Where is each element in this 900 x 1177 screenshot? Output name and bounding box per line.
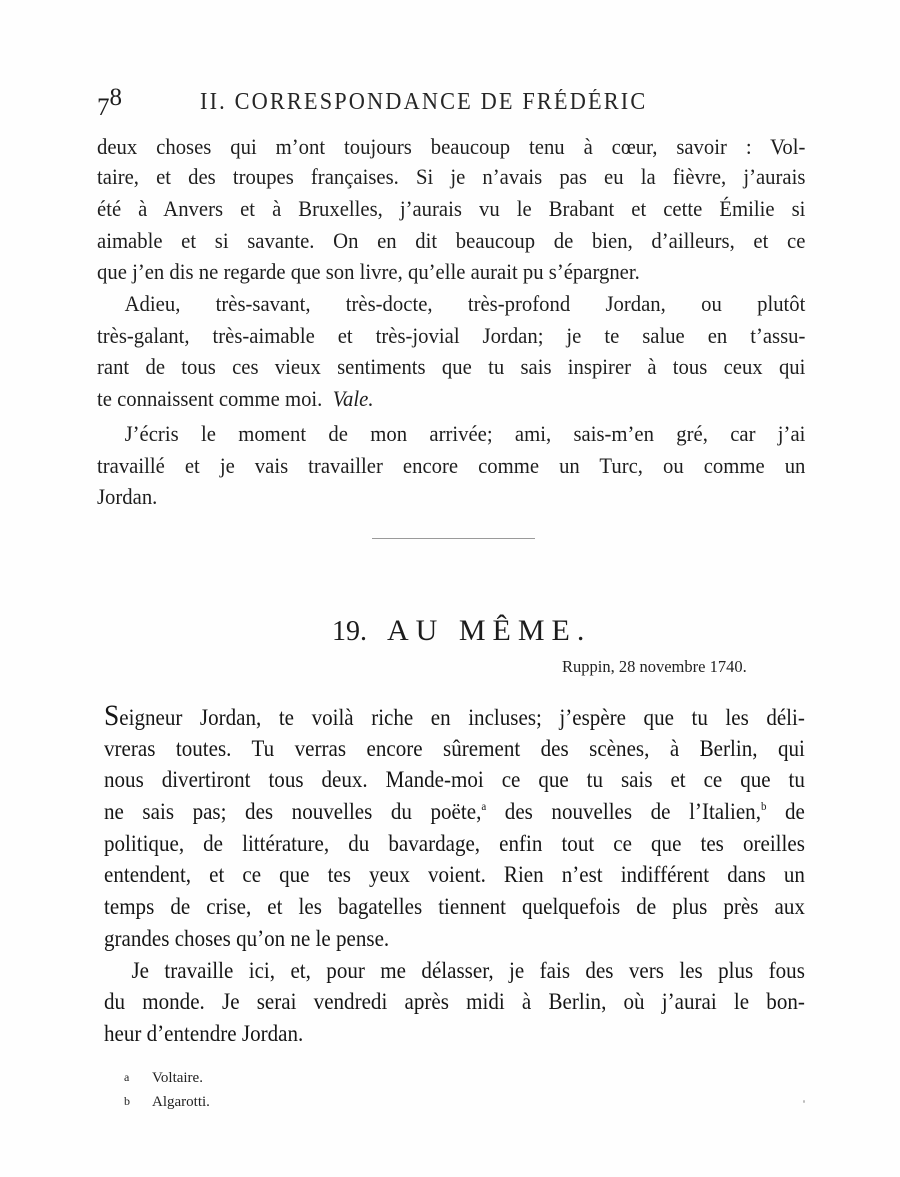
text-line: Adieu, très-savant, très-docte, très-pro… — [97, 289, 805, 319]
text-line: du monde. Je serai vendredi après midi à… — [104, 987, 805, 1017]
text-line: Seigneur Jordan, te voilà riche en inclu… — [104, 703, 805, 733]
page-number: 78 — [97, 88, 122, 116]
vale-signoff: Vale. — [333, 386, 374, 411]
running-title: II. CORRESPONDANCE DE FRÉDÉRIC — [200, 89, 647, 116]
text-line: temps de crise, et les bagatelles tienne… — [104, 892, 805, 922]
text-line: entendent, et ce que tes yeux voient. Ri… — [104, 860, 805, 890]
text-line: J’écris le moment de mon arrivée; ami, s… — [97, 419, 805, 449]
letter-title: AU MÊME. — [387, 614, 591, 647]
text-line: très-galant, très-aimable et très-jovial… — [97, 321, 805, 351]
text-segment: te connaissent comme moi. — [97, 386, 322, 411]
text-segment: eigneur Jordan, te voilà riche en inclus… — [119, 705, 805, 730]
text-line: été à Anvers et à Bruxelles, j’aurais vu… — [97, 194, 805, 224]
text-line: rant de tous ces vieux sentiments que tu… — [97, 352, 805, 382]
scan-speck — [803, 1100, 805, 1103]
page-number-digit: 8 — [110, 84, 123, 111]
section-separator — [372, 538, 535, 539]
text-line: taire, et des troupes françaises. Si je … — [97, 162, 805, 192]
text-line: heur d’entendre Jordan. — [104, 1019, 805, 1049]
text-line: te connaissent comme moi. Vale. — [97, 384, 805, 414]
text-line: ne sais pas; des nouvelles du poëte,a de… — [104, 797, 805, 827]
book-page: 78 II. CORRESPONDANCE DE FRÉDÉRIC deux c… — [0, 0, 900, 1177]
running-header: 78 II. CORRESPONDANCE DE FRÉDÉRIC — [97, 88, 817, 124]
footnote-text: Voltaire. — [152, 1070, 203, 1086]
footnote-mark: b — [124, 1094, 146, 1109]
drop-cap: S — [104, 699, 119, 732]
letter-heading: 19.AU MÊME. — [332, 614, 591, 648]
page-number-digit: 7 — [97, 94, 110, 121]
dateline: Ruppin, 28 novembre 1740. — [562, 657, 747, 677]
text-line: vreras toutes. Tu verras encore sûrement… — [104, 734, 805, 764]
text-line: Jordan. — [97, 482, 805, 512]
footnote-a: aVoltaire. — [130, 1070, 203, 1087]
text-line: nous divertiront tous deux. Mande-moi ce… — [104, 765, 805, 795]
text-segment: ne sais pas; des nouvelles du poëte, — [104, 799, 481, 824]
footnote-b: bAlgarotti. — [130, 1094, 210, 1111]
text-line: Je travaille ici, et, pour me délasser, … — [104, 956, 805, 986]
letter-number: 19. — [332, 616, 367, 647]
text-line: grandes choses qu’on ne le pense. — [104, 924, 805, 954]
footnote-text: Algarotti. — [152, 1094, 210, 1110]
text-segment: des nouvelles de l’Italien, — [486, 799, 761, 824]
text-segment: de — [766, 799, 804, 824]
text-line: politique, de littérature, du bavardage,… — [104, 829, 805, 859]
text-line: aimable et si savante. On en dit beaucou… — [97, 226, 805, 256]
text-line: deux choses qui m’ont toujours beaucoup … — [97, 132, 805, 162]
footnote-mark: a — [124, 1070, 146, 1085]
text-line: travaillé et je vais travailler encore c… — [97, 451, 805, 481]
text-line: que j’en dis ne regarde que son livre, q… — [97, 257, 805, 287]
